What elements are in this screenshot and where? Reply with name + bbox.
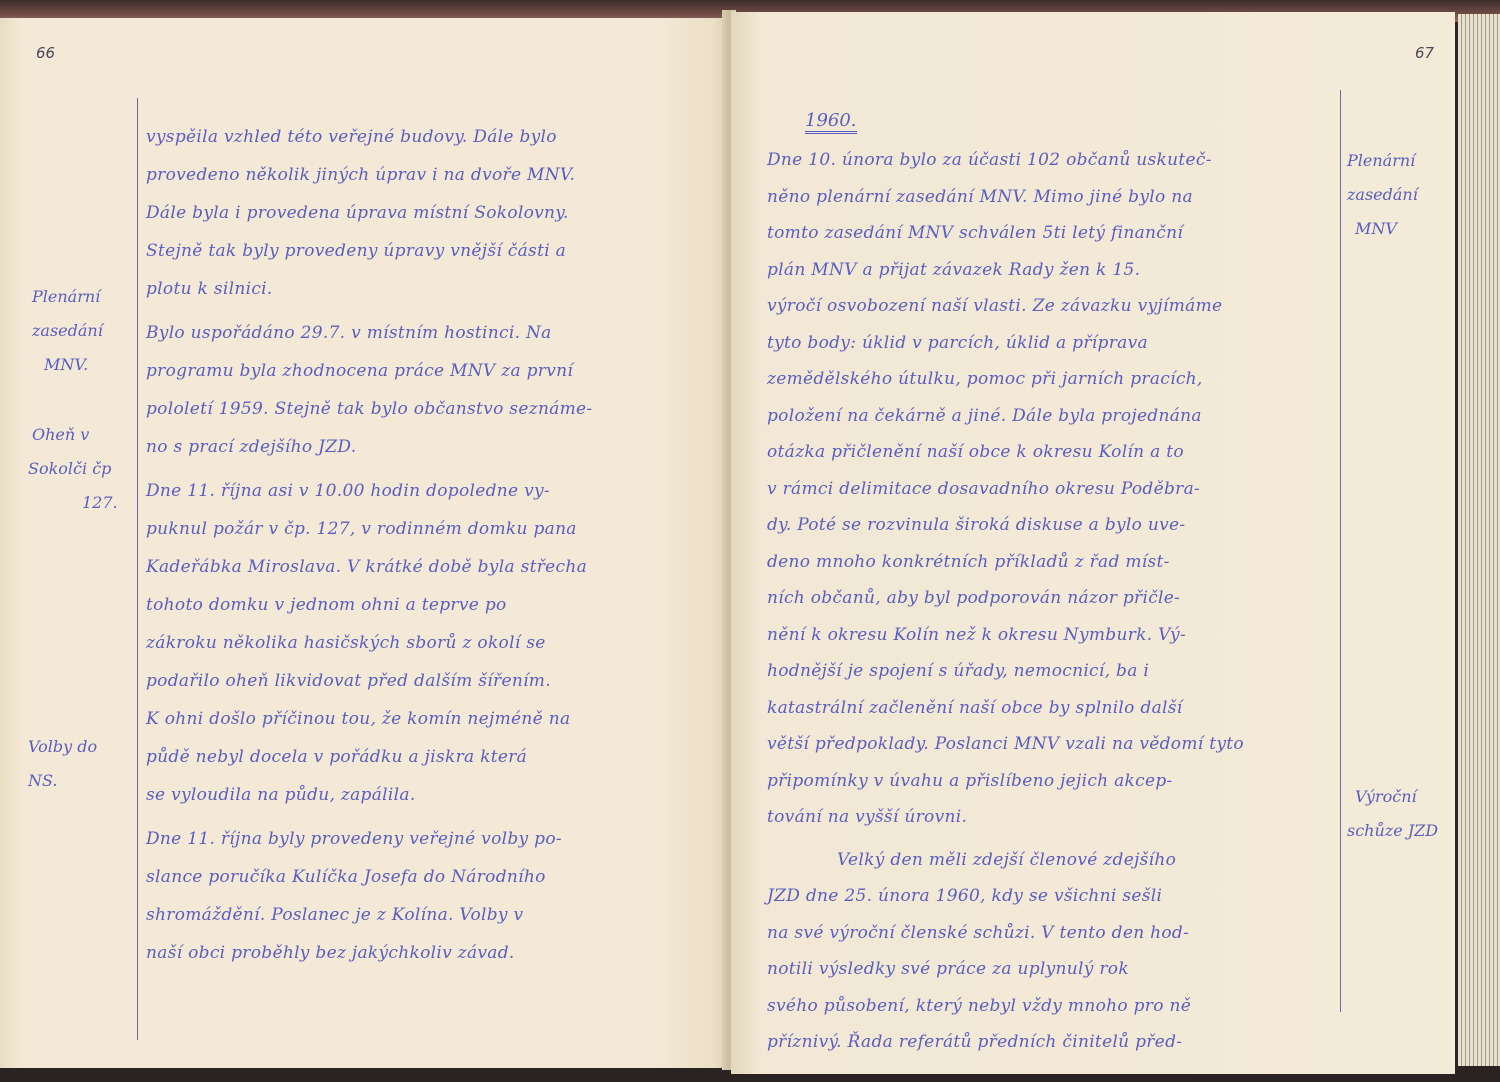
text-line: plán MNV a přijat závazek Rady žen k 15.	[767, 252, 1244, 289]
text-line: tomto zasedání MNV schválen 5ti letý fin…	[767, 215, 1244, 252]
text-line-indented: Velký den měli zdejší členové zdejšího	[767, 842, 1244, 879]
margin-note-line: zasedání	[32, 314, 103, 348]
margin-note-line: 127.	[32, 486, 118, 520]
text-line: zemědělského útulku, pomoc při jarních p…	[767, 361, 1244, 398]
text-line: příznivý. Řada referátů předních činitel…	[767, 1024, 1244, 1061]
text-line: na své výroční členské schůzi. V tento d…	[767, 915, 1244, 952]
text-line: hodnější je spojení s úřady, nemocnicí, …	[767, 653, 1244, 690]
text-line: Bylo uspořádáno 29.7. v místním hostinci…	[146, 314, 592, 352]
text-line: pololetí 1959. Stejně tak bylo občanstvo…	[146, 390, 592, 428]
text-line: nění k okresu Kolín než k okresu Nymburk…	[767, 617, 1244, 654]
text-line: katastrální začlenění naší obce by splni…	[767, 690, 1244, 727]
text-line: naší obci proběhly bez jakýchkoliv závad…	[146, 934, 592, 972]
text-line: plotu k silnici.	[146, 270, 592, 308]
text-line: puknul požár v čp. 127, v rodinném domku…	[146, 510, 592, 548]
margin-note-elections: Volby do NS.	[28, 730, 97, 798]
text-line: vyspěila vzhled této veřejné budovy. Dál…	[146, 118, 592, 156]
text-line: výročí osvobození naší vlasti. Ze závazk…	[767, 288, 1244, 325]
margin-note-line: zasedání	[1347, 178, 1418, 212]
text-line: tohoto domku v jednom ohni a teprve po	[146, 586, 592, 624]
left-margin-rule	[137, 98, 138, 1040]
text-line: tování na vyšší úrovni.	[767, 799, 1244, 836]
text-line: ních občanů, aby byl podporován názor př…	[767, 580, 1244, 617]
margin-note-line: Plenární	[1347, 144, 1418, 178]
text-line: větší předpoklady. Poslanci MNV vzali na…	[767, 726, 1244, 763]
margin-note-annual-meeting: Výroční schůze JZD	[1347, 780, 1438, 848]
page-edges	[1458, 14, 1500, 1066]
text-line: Stejně tak byly provedeny úpravy vnější …	[146, 232, 592, 270]
text-line: Dne 11. října asi v 10.00 hodin dopoledn…	[146, 472, 592, 510]
margin-note-line: MNV.	[32, 348, 103, 382]
text-line: no s prací zdejšího JZD.	[146, 428, 592, 466]
margin-note-plenary-session: Plenární zasedání MNV.	[32, 280, 103, 382]
text-line: deno mnoho konkrétních příkladů z řad mí…	[767, 544, 1244, 581]
margin-note-line: MNV	[1347, 212, 1418, 246]
text-line: dy. Poté se rozvinula široká diskuse a b…	[767, 507, 1244, 544]
text-line: podařilo oheň likvidovat před dalším šíř…	[146, 662, 592, 700]
left-page-body: vyspěila vzhled této veřejné budovy. Dál…	[146, 118, 592, 972]
left-page: 66 Plenární zasedání MNV. Oheň v Sokolči…	[0, 18, 728, 1068]
text-line: něno plenární zasedání MNV. Mimo jiné by…	[767, 179, 1244, 216]
text-line: JZD dne 25. února 1960, kdy se všichni s…	[767, 878, 1244, 915]
margin-note-line: Volby do	[28, 730, 97, 764]
margin-note-line: Oheň v	[32, 418, 118, 452]
text-line: se vyloudila na půdu, zapálila.	[146, 776, 592, 814]
margin-note-line: Sokolči čp	[28, 452, 118, 486]
text-line: notili výsledky své práce za uplynulý ro…	[767, 951, 1244, 988]
margin-note-line: schůze JZD	[1347, 814, 1438, 848]
margin-note-line: Výroční	[1347, 780, 1438, 814]
text-line: tyto body: úklid v parcích, úklid a příp…	[767, 325, 1244, 362]
text-line: svého působení, který nebyl vždy mnoho p…	[767, 988, 1244, 1025]
margin-note-line: Plenární	[32, 280, 103, 314]
text-line: zákroku několika hasičských sborů z okol…	[146, 624, 592, 662]
margin-note-line: NS.	[28, 764, 97, 798]
right-page-body: Dne 10. února bylo za účasti 102 občanů …	[767, 142, 1244, 1061]
text-line: programu byla zhodnocena práce MNV za pr…	[146, 352, 592, 390]
text-line: otázka přičlenění naší obce k okresu Kol…	[767, 434, 1244, 471]
margin-note-plenary-session-1960: Plenární zasedání MNV	[1347, 144, 1418, 246]
text-line: půdě nebyl docela v pořádku a jiskra kte…	[146, 738, 592, 776]
right-page-number: 67	[1415, 44, 1434, 62]
left-page-number: 66	[36, 44, 55, 62]
right-page: 67 1960. Plenární zasedání MNV Výroční s…	[731, 12, 1455, 1074]
text-line: připomínky v úvahu a přislíbeno jejich a…	[767, 763, 1244, 800]
text-line: shromáždění. Poslanec je z Kolína. Volby…	[146, 896, 592, 934]
text-line: K ohni došlo příčinou tou, že komín nejm…	[146, 700, 592, 738]
year-heading: 1960.	[805, 110, 857, 134]
right-margin-rule	[1340, 90, 1341, 1012]
text-line: v rámci delimitace dosavadního okresu Po…	[767, 471, 1244, 508]
text-line: Dne 11. října byly provedeny veřejné vol…	[146, 820, 592, 858]
text-line: Kadeřábka Miroslava. V krátké době byla …	[146, 548, 592, 586]
margin-note-fire: Oheň v Sokolči čp 127.	[32, 418, 118, 520]
text-line: Dále byla i provedena úprava místní Soko…	[146, 194, 592, 232]
text-line: slance poručíka Kulíčka Josefa do Národn…	[146, 858, 592, 896]
text-line: Dne 10. února bylo za účasti 102 občanů …	[767, 142, 1244, 179]
text-line: položení na čekárně a jiné. Dále byla pr…	[767, 398, 1244, 435]
text-line: provedeno několik jiných úprav i na dvoř…	[146, 156, 592, 194]
